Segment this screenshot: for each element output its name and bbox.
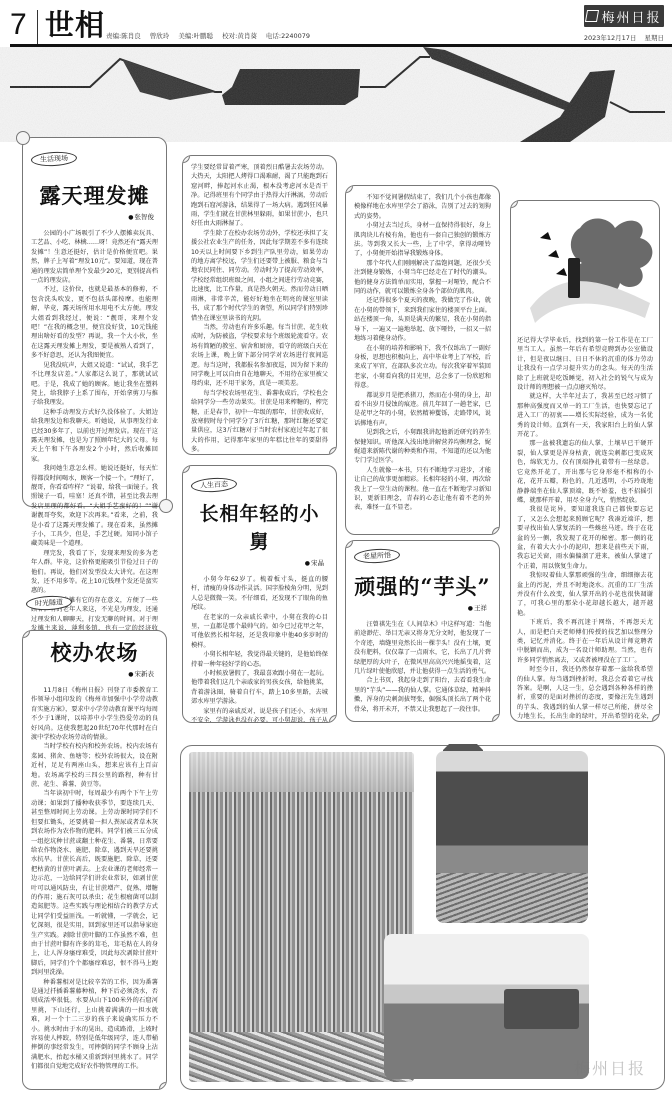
paragraph: 公园的小广场吸引了不少人摆摊卖玩具、工艺品、小吃、林檎……呀！竟然还有“露天理发…: [31, 229, 158, 285]
article-taro-cont: 还记得大学毕业后，找到的第一份工作是在工厂里当工人。虽然一年后有希望竞聘到办公室…: [510, 200, 660, 722]
paragraph: 我问她生意怎么样。她说还挺好，每天忙得都没时间喝水，顾客一个接一个。“理好了，靓…: [31, 464, 158, 549]
paragraph: 小舅过去当过兵，身材一直保持得很好，身上肌肉块儿有棱有角，他也有一套自己独创的锻…: [354, 221, 491, 259]
paragraph: 当年读初中时，每周最少有两个下午上劳动课；如果到了播种收获季节，要连续几天、甚至…: [31, 789, 158, 977]
photo-sugarcane-field: [189, 752, 414, 1082]
roof-ink-illustration: [0, 47, 672, 142]
paragraph: 人生就像一本书，只有不断地学习进步，才能让自己的故事更加精彩。长相年轻的小舅，再…: [354, 466, 491, 513]
article-body: 学生要经常冒着严寒，顶着烈日酷暑去农场劳动。大热天，太阳把人烤得口渴难耐，渴了只…: [183, 156, 336, 455]
column-label: 老屋所悟: [354, 548, 401, 564]
paragraph: 下班后，我不再沉迷于网络，不再怨天尤人，而是把白天老师傅们传授的技艺加以整理分类…: [517, 618, 653, 665]
credit-proof: 校对:黄肖葵: [222, 32, 257, 40]
article-taro: 老屋所悟 顽强的“芋头” 王祥 汪曾祺先生在《人间草木》中这样写道：当他前途渺茫…: [345, 540, 500, 722]
column-label: 时光隧道: [26, 595, 73, 611]
paragraph: 在老家的一众亲戚长辈中，小舅在我的心目里，一直都是那个最帅气的。如今已过花甲之年…: [191, 613, 328, 651]
paragraph: 小舅长相年轻，我觉得最关键的，是他始终保持着一种年轻好学的心态。: [191, 650, 328, 669]
article-body: 汪曾祺先生在《人间草木》中这样写道：当他前途渺茫、举目无亲又将身无分文时，他发现…: [354, 620, 491, 714]
paragraph: 小舅今年62岁了。梳着板寸头，挺直的腰杆，清瘦的身体动作灵活。国字脸棱角分明，见…: [191, 575, 328, 613]
book-logo-icon: [585, 10, 599, 22]
newspaper-logo: 梅州日报: [584, 5, 664, 27]
paragraph: 汪曾祺先生在《人间草木》中这样写道：当他前途渺茫、举目无亲又将身无分文时，他发现…: [354, 620, 491, 676]
dateline: 2023年12月17日 星期日: [578, 33, 664, 42]
column-label-wrap: 时光隧道: [26, 590, 72, 610]
paragraph: 我很是诧异，要知道我连自己都快要忘记了，又怎么会想起来照顾它呢？我凑近端详，想要…: [517, 505, 653, 571]
paragraph: 见到我之后，小舅跟我讲起他新近研究的养生保健知识。听他深入浅出地讲解营养均衡理念…: [354, 428, 491, 466]
paragraph: 不过，这价位，也就是最基本的修剪，不包含洗头吹发，更不包括头部按摩。也能理解，毕…: [31, 285, 158, 360]
masthead-divider: [37, 10, 38, 44]
paragraph: 不知不觉间暑假结束了，我们几个小孩也都像模像样地在水库里学会了游泳，告别了过去的…: [354, 193, 491, 221]
paragraph: 家里有的亲戚反对，说是孩子们还小，水库里不安全，学游泳也没有必要。可小舅却说，孩…: [191, 707, 328, 723]
article-body: 公园的小广场吸引了不少人摆摊卖玩具、工艺品、小吃、林檎……呀！竟然还有“露天理发…: [31, 229, 158, 681]
paragraph: 理完发，我看了下，发现来理发的多为老年人群。毕竟，这价格更能吸引节俭过日子的他们…: [31, 549, 158, 596]
paragraph: 还记得很多个夏天的夜晚，我做完了作业，就在小舅的带领下，来到我们家住的楼顶平台上…: [354, 296, 491, 343]
column-label: 人生百态: [191, 477, 238, 493]
photo-loading-truck: [384, 934, 589, 1079]
column-label: 生活现场: [31, 151, 78, 167]
article-byline: 宋晶: [191, 558, 324, 567]
masthead: 7 世相 责编:陈肖良 曾欣玲 美编:叶鹏聪 校对:黄肖葵 电话:2240079…: [0, 0, 672, 46]
paragraph: 在小舅的培养和影响下，我不仅练出了一副好身板，思想也积极向上，高中毕业考上了军校…: [354, 344, 491, 391]
credit-editor: 责编:陈肖良: [106, 32, 141, 40]
paragraph: 每当学校农场里花生、番薯收成后，学校也会给同学分一些劳动果实。甘蔗是用来榨糖的，…: [191, 389, 328, 455]
article-title: 校办农场: [31, 639, 158, 667]
paragraph: 这种手动理发方式好久没体验了。大姐边给我理发边和我聊天。听她说，从事理发行业已经…: [31, 408, 158, 464]
paragraph: 当时学校有校内和校外农场。校内农场有菜园、猪舍、鱼塘等；校外农场很大，设在附近村…: [31, 742, 158, 789]
credit-editor-2: 曾欣玲: [150, 32, 170, 40]
article-title: 长相年轻的小舅: [191, 500, 328, 556]
article-body: 不知不觉间暑假结束了，我们几个小孩也都像模像样地在水库里学会了游泳，告别了过去的…: [346, 186, 499, 520]
credit-art: 美编:叶鹏聪: [178, 32, 213, 40]
article-school-farm: 校办农场 宋新表 11月8日《梅州日报》刊登了市委教育工作领导小组印发的《梅州市…: [22, 630, 167, 1090]
watermark: 梅州日报: [574, 1056, 646, 1079]
section-title: 世相: [45, 8, 105, 42]
article-school-farm-cont: 学生要经常冒着严寒，顶着烈日酷暑去农场劳动。大热天，太阳把人烤得口渴难耐，渴了只…: [182, 155, 337, 455]
credit-phone: 电话:2240079: [266, 32, 310, 40]
paragraph: 种番薯相对是比较辛苦的工作，因为番薯是通过扦插番薯藤种植，种下后必须浇水，否则成…: [31, 978, 158, 1072]
paragraph: 那个年代人们刚刚解决了温饱问题，还很少关注到健身锻炼，小舅当年已经走在了时代的潮…: [354, 259, 491, 297]
editor-credits: 责编:陈肖良 曾欣玲 美编:叶鹏聪 校对:黄肖葵 电话:2240079: [106, 31, 317, 40]
paragraph: 学生要经常冒着严寒，顶着烈日酷暑去农场劳动。大热天，太阳把人烤得口渴难耐，渴了只…: [191, 163, 328, 229]
issue-date: 2023年12月17日: [584, 34, 637, 42]
article-title: 顽强的“芋头”: [354, 573, 491, 601]
article-body: 小舅今年62岁了。梳着板寸头，挺直的腰杆，清瘦的身体动作灵活。国字脸棱角分明，见…: [191, 575, 328, 723]
article-young-uncle: 人生百态 长相年轻的小舅 宋晶 小舅今年62岁了。梳着板寸头，挺直的腰杆，清瘦的…: [182, 465, 337, 723]
paragraph: 那一盆被我遗忘的仙人掌，土壤早已干硬开裂，仙人掌更是浑身枯黄，就连尖刺都已变成灰…: [517, 439, 653, 505]
article-title: 露天理发摊: [31, 182, 158, 210]
photo-carrying-cane: [436, 751, 588, 923]
newspaper-name: 梅州日报: [601, 7, 661, 26]
paragraph: 还记得大学毕业后，找到的第一份工作是在工厂里当工人。虽然一年后有希望竞聘到办公室…: [517, 336, 653, 392]
article-haircut-stall: 生活现场 露天理发摊 张智俊 公园的小广场吸引了不少人摆摊卖玩具、工艺品、小吃、…: [22, 137, 167, 507]
article-body: 还记得大学毕业后，找到的第一份工作是在工厂里当工人。虽然一年后有希望竞聘到办公室…: [511, 201, 659, 722]
paragraph: 小时候放暑假了，我最喜欢跟小舅在一起玩。他带着我们这几个亲戚家的男孩女孩，给他挑…: [191, 669, 328, 707]
photo-feature-sugarcane: 收甘蔗 梁董娣/摄 梅州日报: [180, 745, 665, 1090]
paragraph: 合上书页，我起身走到了阳台，去看看我生命里的“芋头”——我的仙人掌。它通体草绿，…: [354, 676, 491, 714]
page-number: 7: [10, 8, 27, 42]
paragraph: 时至今日，我还仍然保存着那一盆给我希望的仙人掌。每当遇到挫折时，我总会看着它寻找…: [517, 665, 653, 722]
paragraph: 11月8日《梅州日报》刊登了市委教育工作领导小组印发的《梅州市加强中小学劳动教育…: [31, 686, 158, 742]
paragraph: 都说岁月是把杀猪刀，然而在小舅的身上，却看不出岁月侵蚀的痕迹。前几年回了一趟老家…: [354, 391, 491, 429]
paragraph: 见我没吭声，大姐又说道：“试试，我手艺不比理发店差。”人家都这么说了，那就试试吧…: [31, 361, 158, 408]
paragraph: 学生除了在校办农场劳动外，学校还承担了支援公社农业生产的任务，因此每学期差不多有…: [191, 229, 328, 323]
article-young-uncle-cont: 不知不觉间暑假结束了，我们几个小孩也都像模像样地在水库里学会了游泳，告别了过去的…: [345, 185, 500, 535]
article-byline: 宋新表: [31, 669, 154, 678]
paragraph: 就这样，大半年过去了，我甚至已经习惯了那种高强度而又单一的工厂生活，也快要忘记了…: [517, 392, 653, 439]
issue-weekday: 星期日: [645, 34, 665, 42]
article-body: 11月8日《梅州日报》刊登了市委教育工作领导小组印发的《梅州市加强中小学劳动教育…: [31, 686, 158, 1072]
article-byline: 张智俊: [31, 212, 154, 221]
article-byline: 王祥: [354, 603, 487, 612]
paragraph: 我惊叹着仙人掌那顽强的生命，细细擦去花盆上的污泥，并且不时地浇水。沉重的工厂生活…: [517, 571, 653, 618]
paragraph: 当然，劳动也有许多乐趣。每当甘蔗、花生收成时，为防被盗，学校要求每个班级轮流看守…: [191, 323, 328, 389]
